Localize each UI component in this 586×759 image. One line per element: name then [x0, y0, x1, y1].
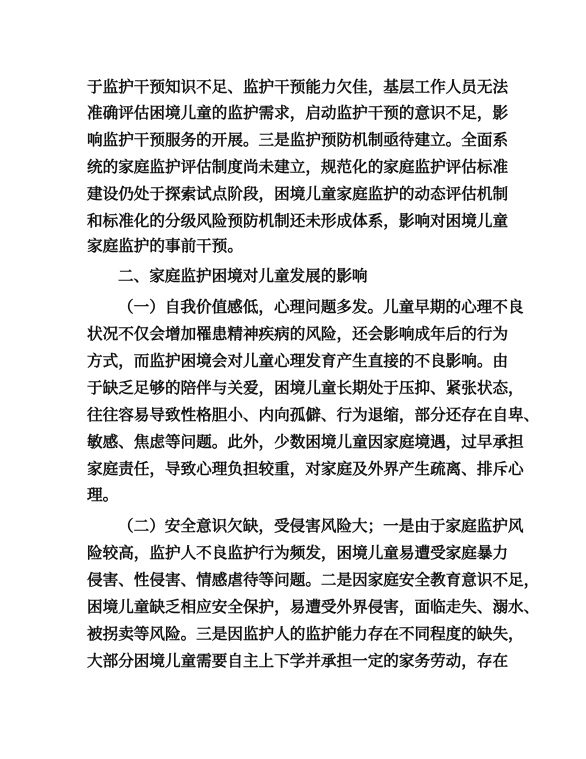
body-text-line: 被拐卖等风险。三是因监护人的监护能力存在不同程度的缺失，: [87, 624, 488, 644]
body-text-line: 险较高，监护人不良监护行为频发，困境儿童易遭受家庭暴力: [87, 543, 488, 563]
body-text-line: 方式，而监护困境会对儿童心理发育产生直接的不良影响。由: [87, 351, 488, 371]
body-text-line: 困境儿童缺乏相应安全保护，易遭受外界侵害，面临走失、溺水、: [87, 597, 488, 617]
subsection-first-line: （二）安全意识欠缺，受侵害风险大；一是由于家庭监护风: [118, 516, 488, 536]
body-text-line: 家庭责任，导致心理负担较重，对家庭及外界产生疏离、排斥心: [87, 459, 488, 479]
body-text-line: 于缺乏足够的陪伴与关爱，困境儿童长期处于压抑、紧张状态，: [87, 378, 488, 398]
body-text-line: 侵害、性侵害、情感虐待等问题。二是因家庭安全教育意识不足，: [87, 570, 488, 590]
body-text-line: 往往容易导致性格胆小、内向孤僻、行为退缩，部分还存在自卑、: [87, 405, 488, 425]
body-text-line: 响监护干预服务的开展。三是监护预防机制亟待建立。全面系: [87, 130, 488, 150]
body-text-line: 准确评估困境儿童的监护需求，启动监护干预的意识不足，影: [87, 103, 488, 123]
body-text-line: 家庭监护的事前干预。: [87, 236, 488, 256]
body-text-line: 于监护干预知识不足、监护干预能力欠佳，基层工作人员无法: [87, 77, 488, 97]
body-text-line: 和标准化的分级风险预防机制还未形成体系，影响对困境儿童: [87, 211, 488, 231]
section-heading: 二、家庭监护困境对儿童发展的影响: [118, 266, 488, 286]
document-page: 于监护干预知识不足、监护干预能力欠佳，基层工作人员无法 准确评估困境儿童的监护需…: [0, 0, 586, 759]
body-text-line: 大部分困境儿童需要自主上下学并承担一定的家务劳动，存在: [87, 651, 488, 671]
body-text-line: 统的家庭监护评估制度尚未建立，规范化的家庭监护评估标准: [87, 157, 488, 177]
body-text-line: 建设仍处于探索试点阶段，困境儿童家庭监护的动态评估机制: [87, 184, 488, 204]
subsection-first-line: （一）自我价值感低，心理问题多发。儿童早期的心理不良: [118, 297, 488, 317]
body-text-line: 敏感、焦虑等问题。此外，少数困境儿童因家庭境遇，过早承担: [87, 432, 488, 452]
body-text-line: 理。: [87, 485, 488, 505]
body-text-line: 状况不仅会增加罹患精神疾病的风险，还会影响成年后的行为: [87, 324, 488, 344]
